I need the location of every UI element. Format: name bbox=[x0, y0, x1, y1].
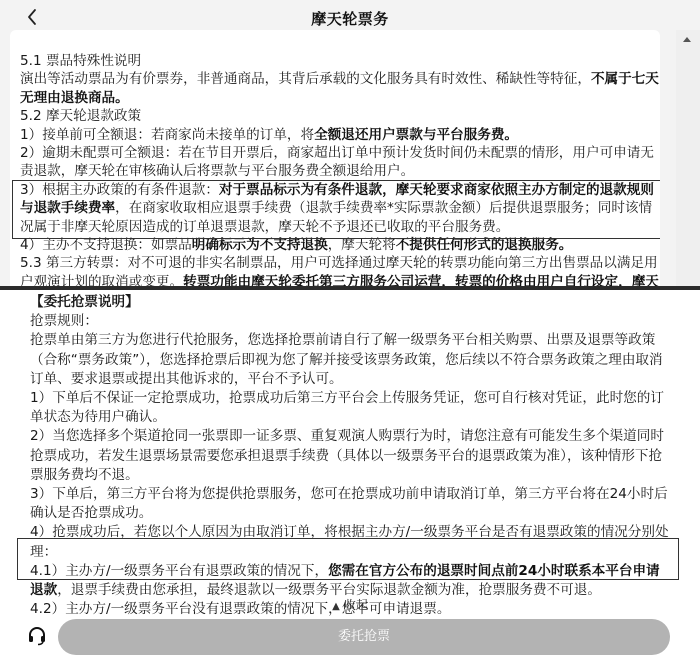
entrust-ticket-panel: 【委托抢票说明】 抢票规则： 抢票单由第三方为您进行代抢服务，您选择抢票前请自行… bbox=[0, 290, 700, 656]
collapse-button[interactable]: ▲收起 bbox=[0, 596, 700, 613]
customer-service-button[interactable] bbox=[26, 625, 48, 647]
scrollbar[interactable] bbox=[676, 30, 700, 288]
rule-3: 3）下单后，第三方平台将为您提供抢票服务，您可在抢票成功前申请取消订单，第三方平… bbox=[30, 485, 670, 523]
collapse-label: 收起 bbox=[344, 598, 368, 612]
highlight-box-rule-4-1 bbox=[17, 538, 679, 580]
refund-item-1: 1）接单前可全额退：若商家尚未接单的订单，将全额退还用户票款与平台服务费。 bbox=[20, 126, 660, 144]
entrust-section-title: 【委托抢票说明】 bbox=[30, 293, 670, 312]
rule-2: 2）当您选择多个渠道抢同一张票即一证多票、重复观演人购票行为时，请您注意有可能发… bbox=[30, 427, 670, 485]
policy-text: 5.1 票品特殊性说明 演出等活动票品为有价票券，非普通商品，其背后承载的文化服… bbox=[20, 52, 660, 288]
footer-bar: 委托抢票 bbox=[0, 618, 700, 656]
rule-1: 1）下单后不保证一定抢票成功，抢票成功后第三方平台会上传服务凭证，您可自行核对凭… bbox=[30, 389, 670, 427]
page-title: 摩天轮票务 bbox=[0, 8, 700, 29]
policy-document[interactable]: 5.1 票品特殊性说明 演出等活动票品为有价票券，非普通商品，其背后承载的文化服… bbox=[10, 30, 660, 288]
headset-icon bbox=[26, 625, 48, 647]
rules-label: 抢票规则： bbox=[30, 312, 670, 331]
section-5-3: 5.3 第三方转票：对不可退的非实名制票品，用户可选择通过摩天轮的转票功能向第三… bbox=[20, 254, 660, 288]
highlight-box-item-3 bbox=[12, 180, 660, 239]
rules-intro: 抢票单由第三方为您进行代抢服务，您选择抢票前请自行了解一级票务平台相关购票、出票… bbox=[30, 331, 670, 389]
section-5-1-title: 5.1 票品特殊性说明 bbox=[20, 52, 660, 70]
refund-item-2: 2）逾期未配票可全额退：若在节目开票后，商家超出订单中预计发货时间仍未配票的情形… bbox=[20, 144, 660, 181]
section-5-2-title: 5.2 摩天轮退款政策 bbox=[20, 107, 660, 125]
entrust-ticket-button[interactable]: 委托抢票 bbox=[58, 619, 670, 655]
nav-bar: 摩天轮票务 bbox=[0, 0, 700, 34]
triangle-up-icon: ▲ bbox=[332, 601, 340, 612]
refund-policy-panel: 摩天轮票务 5.1 票品特殊性说明 演出等活动票品为有价票券，非普通商品，其背后… bbox=[0, 0, 700, 288]
section-5-1-text: 演出等活动票品为有价票券，非普通商品，其背后承载的文化服务具有时效性、稀缺性等特… bbox=[20, 70, 660, 107]
scroll-up-arrow-icon[interactable] bbox=[683, 37, 691, 42]
